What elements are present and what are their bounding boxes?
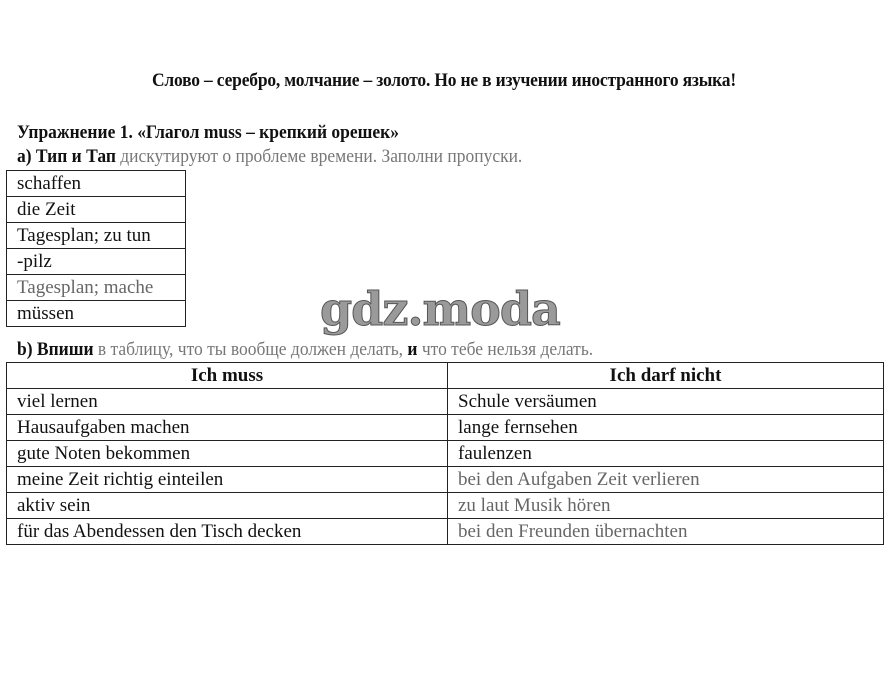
part-a-label: а) Тип и Тап xyxy=(17,146,116,167)
part-a-instruction: дискутируют о проблеме времени. Заполни … xyxy=(120,146,522,167)
table-row: Hausaufgaben machen lange fernsehen xyxy=(7,415,884,441)
part-b-instruction-1: в таблицу, что ты вообще должен делать, xyxy=(98,339,403,360)
table-header-row: Ich muss Ich darf nicht xyxy=(7,363,884,389)
answer-cell: schaffen xyxy=(7,171,186,197)
exercise-name: «Глагол muss – крепкий орешек» xyxy=(137,122,399,143)
watermark: gdz.moda xyxy=(320,282,560,336)
table-row: -pilz xyxy=(7,249,186,275)
column-header-ich-muss: Ich muss xyxy=(7,363,448,389)
table-row: viel lernen Schule versäumen xyxy=(7,389,884,415)
part-b-heading: b) Впиши в таблицу, что ты вообще должен… xyxy=(17,339,593,361)
table-row: müssen xyxy=(7,301,186,327)
part-b-label: b) Впиши xyxy=(17,339,94,360)
must-not-cell: zu laut Musik hören xyxy=(448,493,884,519)
table-row: die Zeit xyxy=(7,197,186,223)
must-cell: Hausaufgaben machen xyxy=(7,415,448,441)
exercise-heading: Упражнение 1. «Глагол muss – крепкий оре… xyxy=(17,122,399,144)
must-not-cell: faulenzen xyxy=(448,441,884,467)
table-row: schaffen xyxy=(7,171,186,197)
page-title: Слово – серебро, молчание – золото. Но н… xyxy=(36,70,853,92)
part-b-table: Ich muss Ich darf nicht viel lernen Schu… xyxy=(6,362,884,545)
must-not-cell: lange fernsehen xyxy=(448,415,884,441)
answer-cell: müssen xyxy=(7,301,186,327)
exercise-number: Упражнение 1. xyxy=(17,122,133,143)
must-cell: gute Noten bekommen xyxy=(7,441,448,467)
table-row: gute Noten bekommen faulenzen xyxy=(7,441,884,467)
table-row: Tagesplan; zu tun xyxy=(7,223,186,249)
must-cell: viel lernen xyxy=(7,389,448,415)
part-a-heading: а) Тип и Тап дискутируют о проблеме врем… xyxy=(17,146,522,168)
must-not-cell: bei den Freunden übernachten xyxy=(448,519,884,545)
part-b-instruction-and: и xyxy=(407,339,417,360)
must-not-cell: bei den Aufgaben Zeit verlieren xyxy=(448,467,884,493)
must-cell: meine Zeit richtig einteilen xyxy=(7,467,448,493)
table-row: für das Abendessen den Tisch decken bei … xyxy=(7,519,884,545)
part-a-answers-table: schaffen die Zeit Tagesplan; zu tun -pil… xyxy=(6,170,186,327)
column-header-ich-darf-nicht: Ich darf nicht xyxy=(448,363,884,389)
table-row: meine Zeit richtig einteilen bei den Auf… xyxy=(7,467,884,493)
answer-cell: -pilz xyxy=(7,249,186,275)
must-cell: aktiv sein xyxy=(7,493,448,519)
answer-cell: Tagesplan; zu tun xyxy=(7,223,186,249)
part-b-instruction-2: что тебе нельзя делать. xyxy=(422,339,593,360)
answer-cell: Tagesplan; mache xyxy=(7,275,186,301)
table-row: Tagesplan; mache xyxy=(7,275,186,301)
answer-cell: die Zeit xyxy=(7,197,186,223)
must-not-cell: Schule versäumen xyxy=(448,389,884,415)
must-cell: für das Abendessen den Tisch decken xyxy=(7,519,448,545)
table-row: aktiv sein zu laut Musik hören xyxy=(7,493,884,519)
